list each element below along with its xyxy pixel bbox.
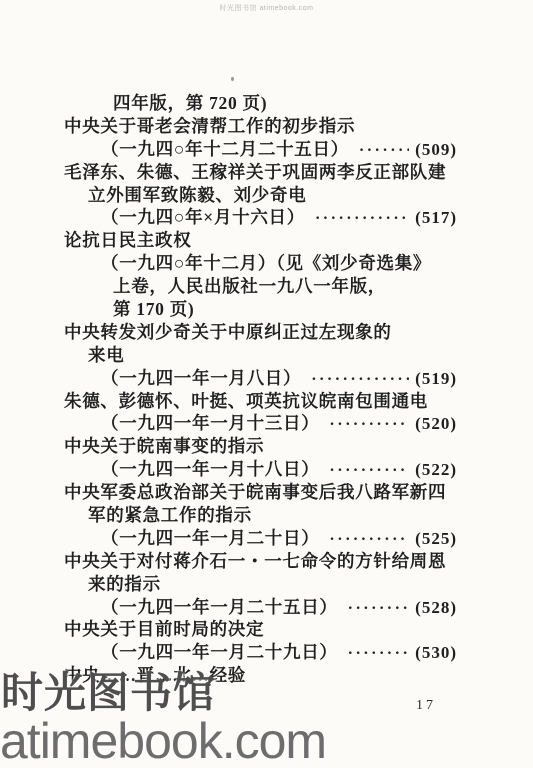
toc-date-row: （一九四○年十二月二十五日） ·························…: [0, 138, 533, 161]
toc-entry-continuation: 来的指示: [0, 573, 533, 596]
dot-leader: ········································…: [348, 598, 410, 621]
toc-page-number: (522): [415, 459, 457, 482]
toc-page-number: (530): [415, 642, 457, 665]
toc-date-row: （一九四一年一月二十日） ···························…: [0, 527, 533, 550]
toc-page-number: (520): [415, 413, 457, 436]
toc-entry-continuation: 军的紧急工作的指示: [0, 504, 533, 527]
toc-page-number: (519): [415, 368, 457, 391]
scanned-book-page: 时光图书馆 atimebook.com 四年版，第 720 页) 中央关于哥老会…: [0, 0, 533, 768]
toc-entry-title: 中央军委总政治部关于皖南事变后我八路军新四: [0, 481, 533, 504]
toc-page-number: (525): [415, 528, 457, 551]
toc-date: （一九四一年一月八日）: [101, 367, 301, 390]
toc-page-number: (517): [415, 207, 457, 230]
watermark-site-url: atimebook.com: [0, 712, 326, 768]
toc-entry-continuation: 立外围军致陈毅、刘少奇电: [0, 184, 533, 207]
toc-note-line: 第 170 页): [0, 298, 533, 321]
watermark-library-name: 时光图书馆: [1, 660, 216, 720]
toc-entry-title: 毛泽东、朱德、王稼祥关于巩固两李反正部队建: [0, 161, 533, 184]
page-number: 17: [416, 698, 436, 714]
toc-date: （一九四一年一月二十日）: [101, 527, 319, 550]
toc-entry-title: 论抗日民主政权: [0, 229, 533, 252]
table-of-contents: 四年版，第 720 页) 中央关于哥老会清帮工作的初步指示 （一九四○年十二月二…: [0, 92, 533, 687]
watermark-top-small: 时光图书馆 atimebook.com: [220, 3, 314, 13]
toc-entry-title: 中央转发刘少奇关于中原纠正过左现象的: [0, 321, 533, 344]
toc-entry-continuation: 来电: [0, 344, 533, 367]
dot-leader: ········································…: [329, 414, 409, 437]
toc-date: （一九四○年十二月二十五日）: [101, 138, 349, 161]
toc-date: （一九四一年一月十八日）: [101, 458, 319, 481]
dot-leader: ········································…: [311, 369, 409, 392]
scan-speck: [231, 77, 234, 81]
toc-entry-title: 中央关于目前时局的决定: [0, 618, 533, 641]
dot-leader: ········································…: [329, 529, 409, 552]
toc-note-line: 四年版，第 720 页): [0, 92, 533, 115]
dot-leader: ········································…: [315, 208, 409, 231]
toc-entry-title: 中央关于哥老会清帮工作的初步指示: [0, 115, 533, 138]
toc-page-number: (528): [415, 597, 457, 620]
toc-date: （一九四○年×月十六日）: [101, 206, 305, 229]
toc-date: （一九四一年一月二十五日）: [101, 596, 338, 619]
dot-leader: ········································…: [359, 140, 409, 163]
toc-date-row: （一九四一年一月二十五日） ··························…: [0, 596, 533, 619]
toc-date-row: （一九四一年一月十三日） ···························…: [0, 412, 533, 435]
dot-leader: ········································…: [329, 460, 409, 483]
toc-entry-title: 朱德、彭德怀、叶挺、项英抗议皖南包围通电: [0, 390, 533, 413]
toc-date-row: （一九四○年×月十六日） ···························…: [0, 206, 533, 229]
toc-date-row: （一九四一年一月十八日） ···························…: [0, 458, 533, 481]
toc-note-line: 上卷，人民出版社一九八一年版，: [0, 275, 533, 298]
toc-date-line: （一九四○年十二月）（见《刘少奇选集》: [0, 252, 533, 275]
toc-entry-title: 中央关于皖南事变的指示: [0, 435, 533, 458]
dot-leader: ········································…: [348, 643, 410, 666]
toc-date-row: （一九四一年一月八日） ····························…: [0, 367, 533, 390]
toc-date: （一九四一年一月十三日）: [101, 412, 319, 435]
toc-page-number: (509): [415, 139, 457, 162]
toc-entry-title: 中央关于对付蒋介石一・一七命令的方针给周恩: [0, 550, 533, 573]
